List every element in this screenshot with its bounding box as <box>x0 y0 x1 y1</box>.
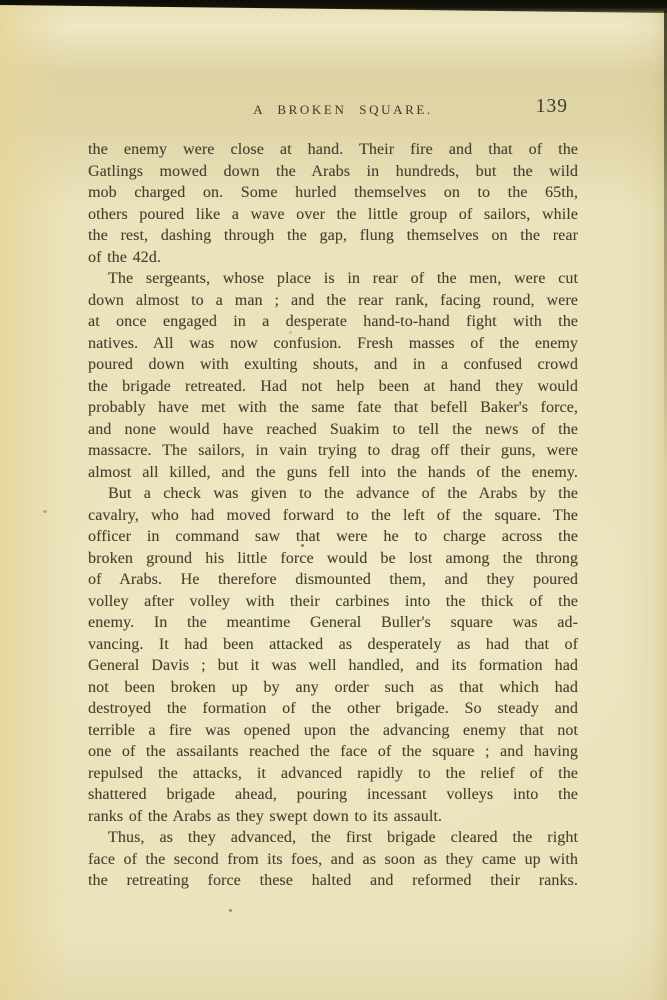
text-line: others poured like a wave over the littl… <box>88 204 578 226</box>
text-line: mob charged on. Some hurled themselves o… <box>88 182 578 204</box>
text-line: the brigade retreated. Had not help been… <box>88 376 578 398</box>
text-line: enemy. In the meantime General Buller's … <box>88 612 578 634</box>
text-line: probably have met with the same fate tha… <box>88 397 578 419</box>
body-text-block: the enemy were close at hand. Their fire… <box>88 139 578 892</box>
text-line: massacre. The sailors, in vain trying to… <box>88 440 578 462</box>
running-header: A BROKEN SQUARE. 139 <box>88 99 578 121</box>
text-line: and none would have reached Suakim to te… <box>88 419 578 441</box>
text-line: not been broken up by any order such as … <box>88 677 578 699</box>
text-line: down almost to a man ; and the rear rank… <box>88 290 578 312</box>
text-line: The sergeants, whose place is in rear of… <box>88 268 578 290</box>
text-line: almost all killed, and the guns fell int… <box>88 462 578 484</box>
text-line: General Davis ; but it was well handled,… <box>88 655 578 677</box>
text-line: natives. All was now confusion. Fresh ma… <box>88 333 578 355</box>
paragraph: Thus, as they advanced, the first brigad… <box>88 827 578 892</box>
scan-speck <box>289 331 292 334</box>
text-line: poured down with exulting shouts, and in… <box>88 354 578 376</box>
text-line: officer in command saw that were he to c… <box>88 526 578 548</box>
paragraph: But a check was given to the advance of … <box>88 483 578 827</box>
text-line: of Arabs. He therefore dismounted them, … <box>88 569 578 591</box>
paragraph: The sergeants, whose place is in rear of… <box>88 268 578 483</box>
book-page: A BROKEN SQUARE. 139 the enemy were clos… <box>0 0 667 1000</box>
text-line: repulsed the attacks, it advanced rapidl… <box>88 763 578 785</box>
paragraph: the enemy were close at hand. Their fire… <box>88 139 578 268</box>
text-line: shattered brigade ahead, pouring incessa… <box>88 784 578 806</box>
text-line: the enemy were close at hand. Their fire… <box>88 139 578 161</box>
scan-speck <box>43 510 47 513</box>
text-line: of the 42d. <box>88 247 578 269</box>
text-line: vancing. It had been attacked as despera… <box>88 634 578 656</box>
text-line: face of the second from its foes, and as… <box>88 849 578 871</box>
text-line: cavalry, who had moved forward to the le… <box>88 505 578 527</box>
scan-speck <box>229 909 232 912</box>
text-line: Gatlings mowed down the Arabs in hundred… <box>88 161 578 183</box>
text-line: the rest, dashing through the gap, flung… <box>88 225 578 247</box>
scan-speck <box>301 544 304 547</box>
text-line: one of the assailants reached the face o… <box>88 741 578 763</box>
text-line: But a check was given to the advance of … <box>88 483 578 505</box>
chapter-running-title: A BROKEN SQUARE. <box>253 102 432 118</box>
text-line: terrible a fire was opened upon the adva… <box>88 720 578 742</box>
scan-top-edge-shadow <box>0 0 667 13</box>
text-line: volley after volley with their carbines … <box>88 591 578 613</box>
text-line: Thus, as they advanced, the first brigad… <box>88 827 578 849</box>
text-line: the retreating force these halted and re… <box>88 870 578 892</box>
page-number: 139 <box>536 96 568 118</box>
text-line: broken ground his little force would be … <box>88 548 578 570</box>
text-line: ranks of the Arabs as they swept down to… <box>88 806 578 828</box>
text-line: destroyed the formation of the other bri… <box>88 698 578 720</box>
text-line: at once engaged in a desperate hand-to-h… <box>88 311 578 333</box>
